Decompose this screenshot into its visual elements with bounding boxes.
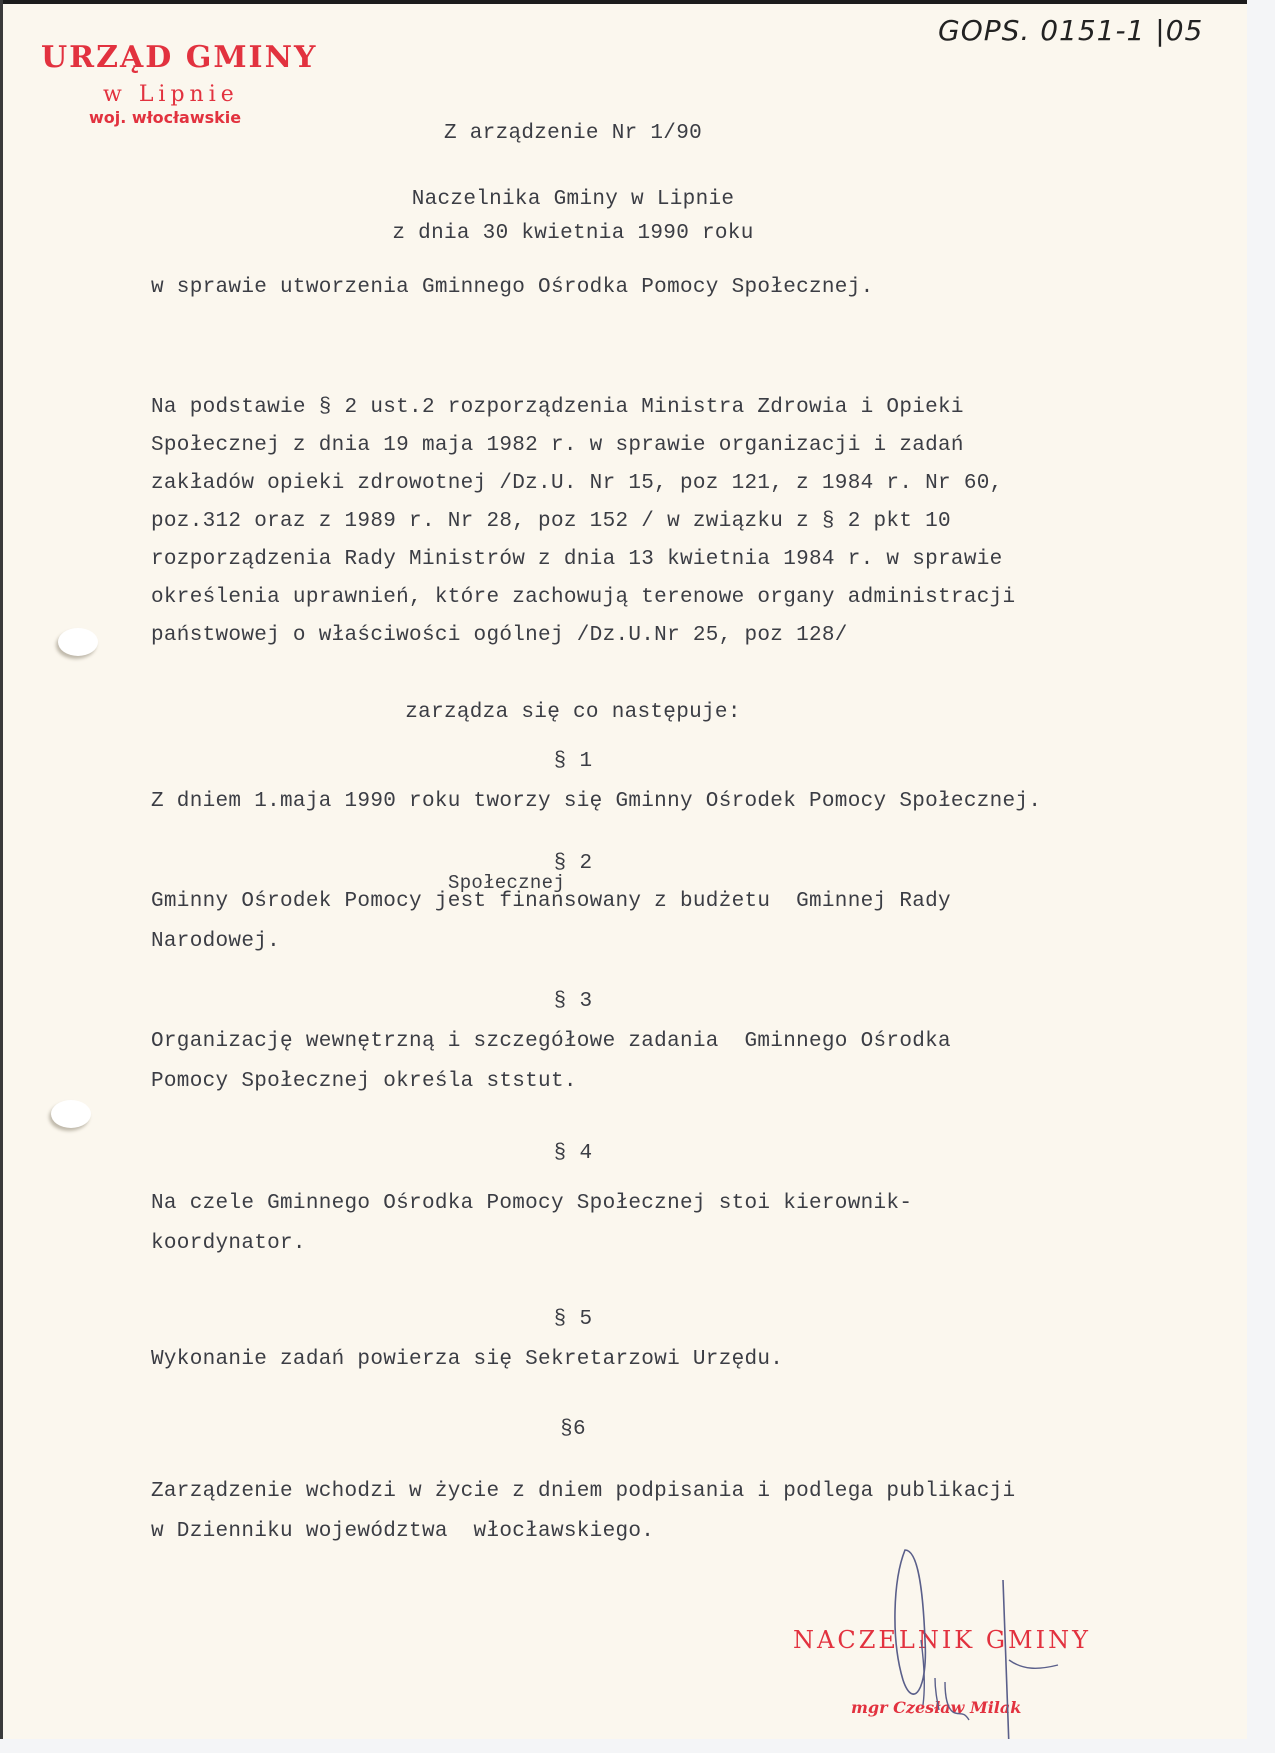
- date-line: z dnia 30 kwietnia 1990 roku: [3, 222, 1143, 245]
- section-text: Z dniem 1.maja 1990 roku tworzy się Gmin…: [151, 790, 1041, 813]
- subject-line: w sprawie utworzenia Gminnego Ośrodka Po…: [151, 276, 874, 299]
- preamble-line: rozporządzenia Rady Ministrów z dnia 13 …: [151, 548, 1003, 571]
- preamble-line: Społecznej z dnia 19 maja 1982 r. w spra…: [151, 434, 964, 457]
- section-text: Na czele Gminnego Ośrodka Pomocy Społecz…: [151, 1192, 912, 1215]
- preamble-line: określenia uprawnień, które zachowują te…: [151, 586, 1015, 609]
- section-text: Wykonanie zadań powierza się Sekretarzow…: [151, 1348, 783, 1371]
- preamble-line: poz.312 oraz z 1989 r. Nr 28, poz 152 / …: [151, 510, 951, 533]
- scan-margin-bottom: [0, 1739, 1275, 1753]
- section-text: Organizację wewnętrzną i szczegółowe zad…: [151, 1030, 951, 1053]
- document-title: Z arządzenie Nr 1/90: [3, 122, 1143, 145]
- section-text: Pomocy Społecznej określa ststut.: [151, 1070, 577, 1093]
- section-heading-6: §6: [3, 1418, 1143, 1441]
- office-stamp-line2: w Lipnie: [103, 82, 239, 107]
- punch-hole: [51, 1100, 91, 1128]
- scan-top-edge: [3, 0, 1275, 4]
- section-heading-1: § 1: [3, 750, 1143, 773]
- decree-intro: zarządza się co następuje:: [3, 701, 1143, 724]
- punch-hole: [58, 628, 98, 656]
- document-page: URZĄD GMINY w Lipnie woj. włocławskie GO…: [0, 0, 1262, 1753]
- issuer-line: Naczelnika Gminy w Lipnie: [3, 188, 1143, 211]
- scan-margin-right: [1247, 0, 1275, 1753]
- preamble-line: państwowej o właściwości ogólnej /Dz.U.N…: [151, 624, 848, 647]
- section-text: Gminny Ośrodek Pomocy jest finansowany z…: [151, 890, 951, 913]
- handwritten-reference: GOPS. 0151-1 |05: [938, 14, 1203, 47]
- section-heading-2: § 2: [3, 852, 1143, 875]
- handwritten-signature: [873, 1520, 1073, 1750]
- section-text: Narodowej.: [151, 930, 280, 953]
- section-heading-5: § 5: [3, 1308, 1143, 1331]
- section-heading-3: § 3: [3, 990, 1143, 1013]
- section-text: koordynator.: [151, 1232, 306, 1255]
- office-stamp-line1: URZĄD GMINY: [41, 40, 317, 75]
- section-heading-4: § 4: [3, 1142, 1143, 1165]
- section-text: w Dzienniku województwa włocławskiego.: [151, 1520, 654, 1543]
- section-text: Zarządzenie wchodzi w życie z dniem podp…: [151, 1480, 1015, 1503]
- preamble-line: zakładów opieki zdrowotnej /Dz.U. Nr 15,…: [151, 472, 1003, 495]
- preamble-line: Na podstawie § 2 ust.2 rozporządzenia Mi…: [151, 396, 964, 419]
